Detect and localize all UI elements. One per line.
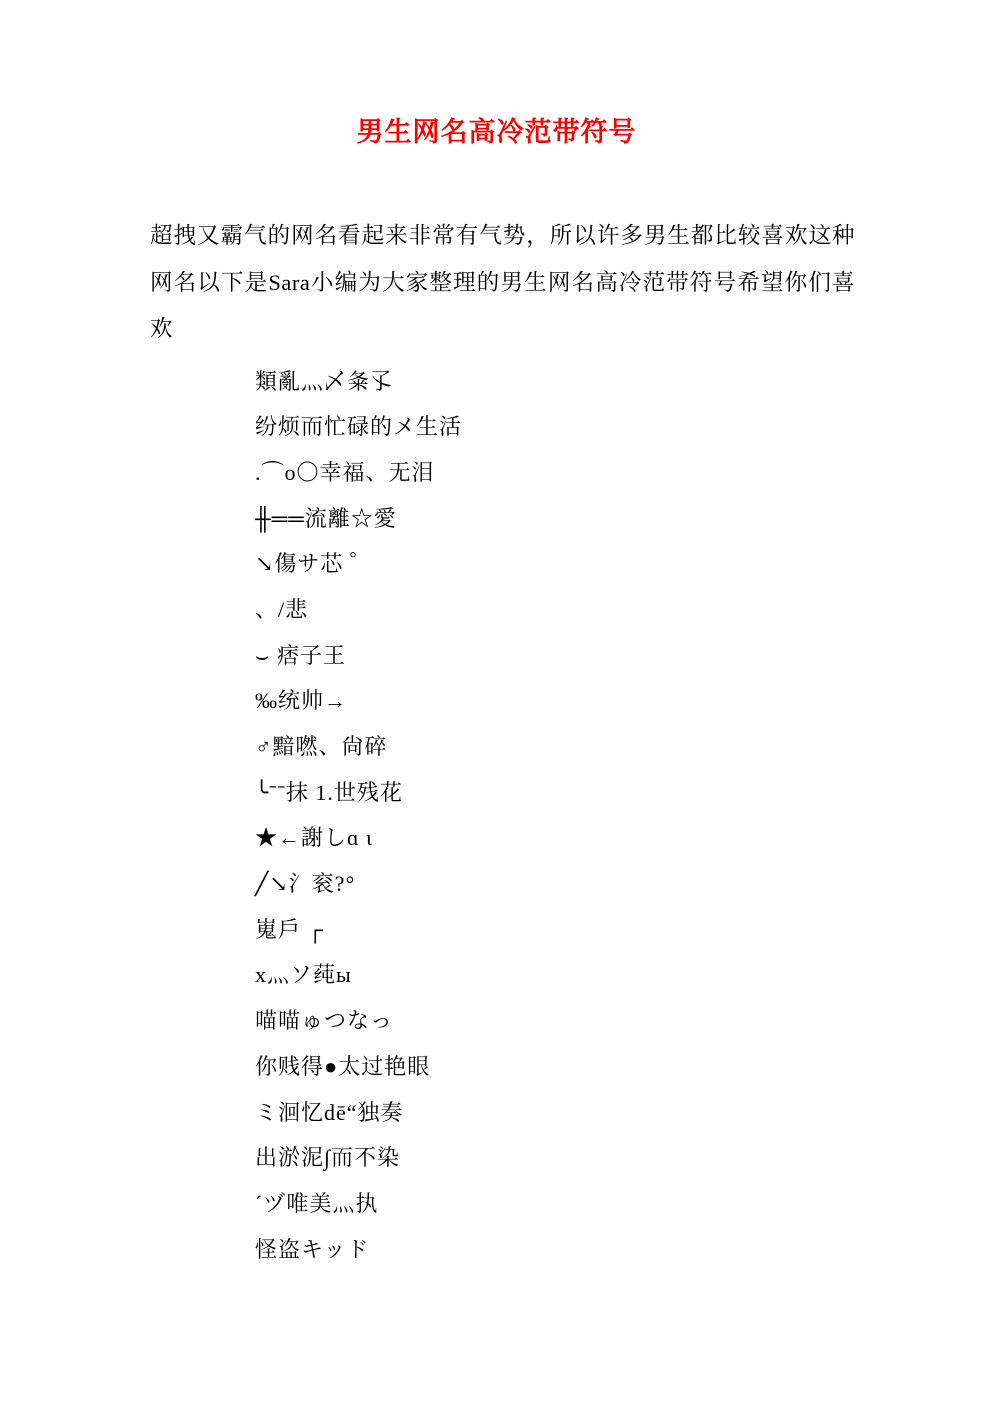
nickname-line: 出淤泥∫而不染 xyxy=(255,1135,993,1181)
nickname-line: 你贱得●太过艳眼 xyxy=(255,1044,993,1090)
nickname-line: 怪盗キッド xyxy=(255,1227,993,1273)
nickname-line: ‰统帅→ xyxy=(255,678,993,724)
nickname-line: 喵喵ゅつなっ xyxy=(255,998,993,1044)
nickname-line: ↘傷サ芯 ゜ xyxy=(255,541,993,587)
nickname-line: x灬ソ莼ы xyxy=(255,952,993,998)
nickname-list: 類亂灬乄夈孓纷烦而忙碌的メ生活.⌒o〇幸福、无泪╫══流離☆愛↘傷サ芯 ゜、/悲… xyxy=(255,359,993,1273)
nickname-line: ╱↘氵衮?° xyxy=(255,861,993,907)
nickname-line: 嵬戶 ┌ xyxy=(255,907,993,953)
nickname-line: ミ洄忆dē“独奏 xyxy=(255,1090,993,1136)
intro-paragraph: 超拽又霸气的网名看起来非常有气势，所以许多男生都比较喜欢这种网名以下是Sara小… xyxy=(150,213,855,353)
document-page: 男生网名高冷范带符号 超拽又霸气的网名看起来非常有气势，所以许多男生都比较喜欢这… xyxy=(0,0,993,1404)
nickname-line: 類亂灬乄夈孓 xyxy=(255,359,993,405)
nickname-line: 纷烦而忙碌的メ生活 xyxy=(255,404,993,450)
nickname-line: ´ヅ唯美灬执 xyxy=(255,1181,993,1227)
nickname-line: .⌒o〇幸福、无泪 xyxy=(255,450,993,496)
nickname-line: ╰ˉˉ抹 1.世残花 xyxy=(255,770,993,816)
nickname-line: ★←謝しɑ ι xyxy=(255,815,993,861)
nickname-line: ⌣ 痞子王 xyxy=(255,633,993,679)
page-title: 男生网名高冷范带符号 xyxy=(0,115,993,149)
nickname-line: ♂黯嘫、尙碎 xyxy=(255,724,993,770)
nickname-line: 、/悲 xyxy=(255,587,993,633)
nickname-line: ╫══流離☆愛 xyxy=(255,496,993,542)
